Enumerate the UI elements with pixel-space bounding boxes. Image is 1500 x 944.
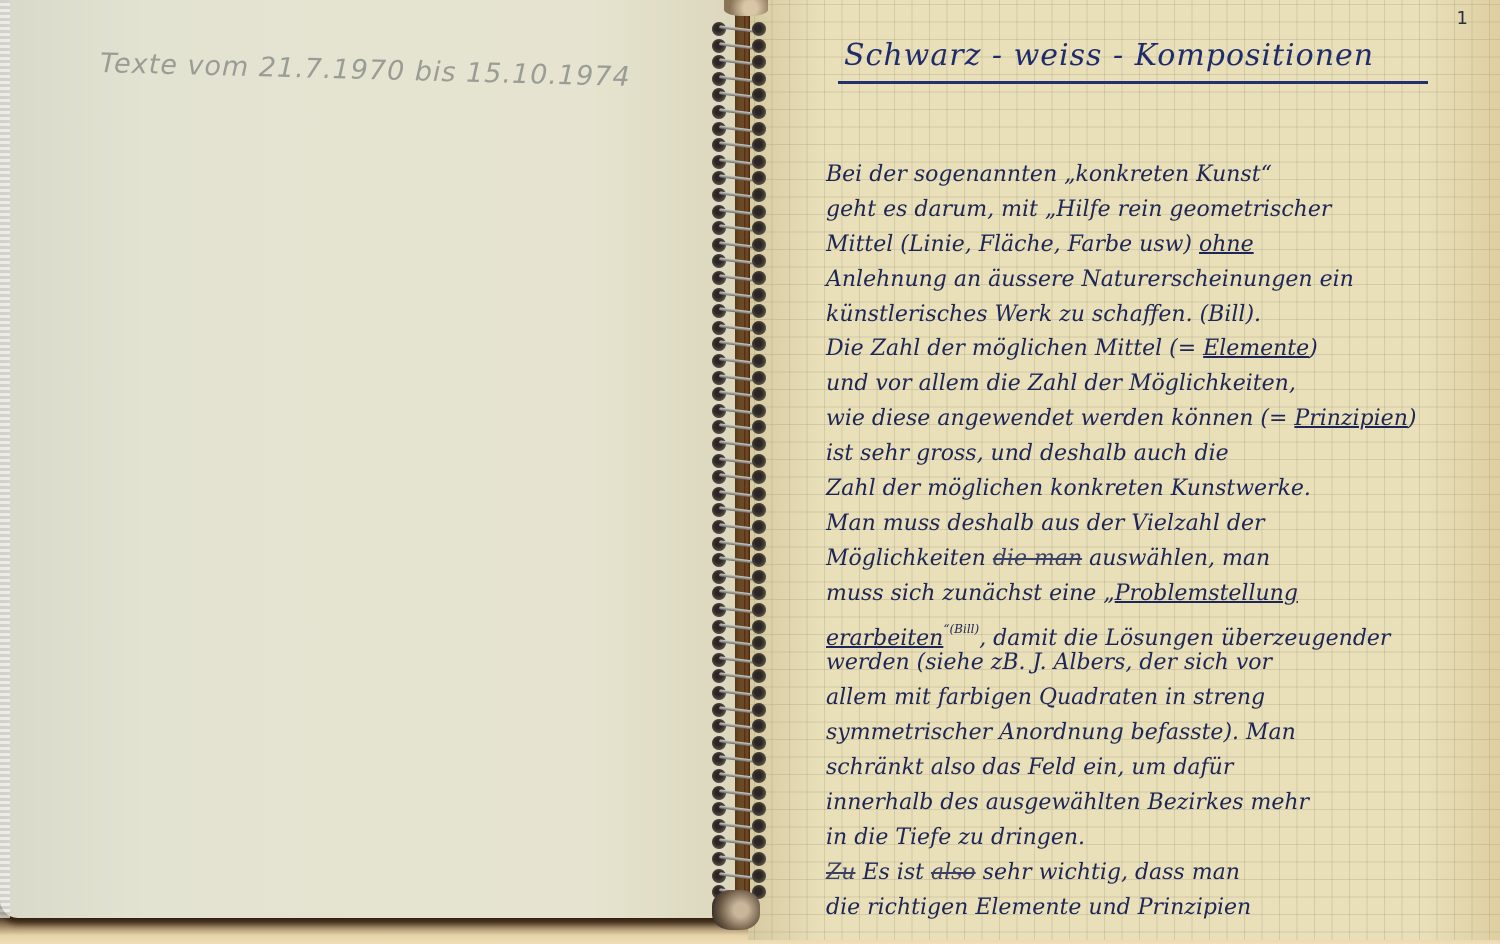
punch-hole (752, 852, 766, 866)
punch-hole (752, 470, 766, 484)
left-page-caption: Texte vom 21.7.1970 bis 15.10.1974 (100, 48, 631, 93)
struck-out-word: also (931, 860, 976, 885)
punch-hole (712, 470, 726, 484)
punch-hole (752, 802, 766, 816)
right-page: 1 Schwarz - weiss - Kompositionen Bei de… (748, 0, 1500, 940)
spiral-coil (712, 321, 768, 335)
text-line: wie diese angewendet werden können (= Pr… (826, 402, 1498, 437)
spiral-coil (712, 88, 768, 102)
text-line: Zu Es ist also sehr wichtig, dass man (826, 856, 1498, 891)
spiral-coil (712, 221, 768, 235)
text-fragment: in die Tiefe zu dringen. (826, 825, 1085, 850)
punch-hole (712, 752, 726, 766)
punch-hole (752, 454, 766, 468)
spiral-coil (712, 72, 768, 86)
spiral-coil (712, 122, 768, 136)
spiral-coil (712, 22, 768, 36)
left-page-edge (0, 0, 10, 918)
text-fragment: symmetrischer Anordnung befasste). Man (826, 720, 1296, 745)
page-number: 1 (1457, 8, 1468, 29)
text-fragment: Die Zahl der möglichen Mittel (= (826, 336, 1203, 361)
text-fragment: werden (siehe zB. J. Albers, der sich vo… (826, 650, 1272, 675)
spiral-coil (712, 288, 768, 302)
spiral-coil (712, 736, 768, 750)
punch-hole (752, 769, 766, 783)
spiral-coil (712, 869, 768, 883)
text-line: die richtigen Elemente und Prinzipien (826, 891, 1498, 926)
spiral-coil (712, 570, 768, 584)
punch-hole (752, 205, 766, 219)
punch-hole (712, 835, 726, 849)
text-line: Bei der sogenannten „konkreten Kunst“ (826, 158, 1498, 193)
spiral-coil (712, 420, 768, 434)
punch-hole (752, 719, 766, 733)
spiral-coil (712, 537, 768, 551)
punch-hole (712, 88, 726, 102)
spiral-top-end (724, 0, 768, 16)
left-page: Texte vom 21.7.1970 bis 15.10.1974 (0, 0, 735, 918)
spiral-coil (712, 454, 768, 468)
punch-hole (752, 603, 766, 617)
underlined-word: ohne (1199, 232, 1254, 257)
spiral-coil (712, 686, 768, 700)
text-fragment: Bei der sogenannten „konkreten Kunst“ (826, 162, 1272, 187)
spiral-coil (712, 205, 768, 219)
text-line: Man muss deshalb aus der Vielzahl der (826, 507, 1498, 542)
punch-hole (712, 719, 726, 733)
text-fragment: Möglichkeiten (826, 546, 993, 571)
spiral-coil (712, 337, 768, 351)
punch-hole (752, 337, 766, 351)
spiral-coil (712, 105, 768, 119)
punch-hole (752, 105, 766, 119)
punch-hole (712, 669, 726, 683)
punch-hole (712, 503, 726, 517)
punch-hole (712, 55, 726, 69)
spiral-coil (712, 304, 768, 318)
text-line: innerhalb des ausgewählten Bezirkes mehr (826, 786, 1498, 821)
punch-hole (712, 171, 726, 185)
spiral-coil (712, 752, 768, 766)
punch-hole (752, 503, 766, 517)
text-line: symmetrischer Anordnung befasste). Man (826, 716, 1498, 751)
text-fragment: allem mit farbigen Quadraten in streng (826, 685, 1265, 710)
spiral-coil (712, 487, 768, 501)
text-fragment: innerhalb des ausgewählten Bezirkes mehr (826, 790, 1309, 815)
punch-hole (752, 138, 766, 152)
punch-hole (752, 271, 766, 285)
punch-hole (752, 586, 766, 600)
text-fragment: Man muss deshalb aus der Vielzahl der (826, 511, 1265, 536)
spiral-coil (712, 155, 768, 169)
punch-hole (752, 221, 766, 235)
punch-hole (752, 835, 766, 849)
spiral-coil (712, 603, 768, 617)
spiral-coil (712, 669, 768, 683)
text-line: allem mit farbigen Quadraten in streng (826, 681, 1498, 716)
punch-hole (752, 520, 766, 534)
spiral-coil (712, 354, 768, 368)
text-line: erarbeiten“(Bill), damit die Lösungen üb… (826, 612, 1498, 647)
text-fragment: ) (1309, 336, 1318, 361)
punch-hole (752, 88, 766, 102)
spiral-coil (712, 835, 768, 849)
spiral-coil (712, 138, 768, 152)
text-line: in die Tiefe zu dringen. (826, 821, 1498, 856)
text-fragment: Anlehnung an äussere Naturerscheinungen … (826, 267, 1354, 292)
text-fragment: schränkt also das Feld ein, um dafür (826, 755, 1233, 780)
punch-hole (752, 752, 766, 766)
spiral-coil (712, 636, 768, 650)
spiral-coil (712, 254, 768, 268)
text-line: Anlehnung an äussere Naturerscheinungen … (826, 263, 1498, 298)
text-fragment: und vor allem die Zahl der Möglichkeiten… (826, 371, 1296, 396)
punch-hole (752, 155, 766, 169)
spiral-coil (712, 620, 768, 634)
punch-hole (752, 437, 766, 451)
punch-hole (752, 188, 766, 202)
punch-hole (752, 869, 766, 883)
text-line: ist sehr gross, und deshalb auch die (826, 437, 1498, 472)
punch-hole (752, 238, 766, 252)
punch-hole (752, 786, 766, 800)
punch-hole (752, 371, 766, 385)
punch-hole (712, 221, 726, 235)
text-fragment: muss sich zunächst eine „ (826, 581, 1115, 606)
spiral-binding (706, 0, 776, 944)
handwritten-body: Bei der sogenannten „konkreten Kunst“geh… (826, 158, 1498, 926)
underlined-word: Prinzipien (1294, 406, 1407, 431)
spiral-coil (712, 852, 768, 866)
punch-hole (752, 653, 766, 667)
text-line: Möglichkeiten die man auswählen, man (826, 542, 1498, 577)
spiral-coil (712, 503, 768, 517)
punch-hole (752, 171, 766, 185)
punch-hole (712, 636, 726, 650)
punch-hole (752, 669, 766, 683)
text-fragment: Zahl der möglichen konkreten Kunstwerke. (826, 476, 1311, 501)
text-line: künstlerisches Werk zu schaffen. (Bill). (826, 298, 1498, 333)
punch-hole (712, 387, 726, 401)
text-fragment: künstlerisches Werk zu schaffen. (Bill). (826, 302, 1261, 327)
text-fragment: wie diese angewendet werden können (= (826, 406, 1294, 431)
punch-hole (712, 802, 726, 816)
text-line: geht es darum, mit „Hilfe rein geometris… (826, 193, 1498, 228)
spiral-bottom-end (712, 890, 760, 930)
spiral-coil (712, 653, 768, 667)
punch-hole (752, 304, 766, 318)
punch-hole (752, 537, 766, 551)
punch-hole (752, 420, 766, 434)
punch-hole (752, 404, 766, 418)
spiral-coil (712, 371, 768, 385)
text-line: schränkt also das Feld ein, um dafür (826, 751, 1498, 786)
underlined-word: Elemente (1203, 336, 1309, 361)
text-fragment: Es ist (855, 860, 931, 885)
punch-hole (752, 321, 766, 335)
spiral-coil (712, 703, 768, 717)
text-fragment: geht es darum, mit „Hilfe rein geometris… (826, 197, 1331, 222)
punch-hole (752, 72, 766, 86)
spiral-coil (712, 238, 768, 252)
spiral-coil (712, 719, 768, 733)
punch-hole (752, 122, 766, 136)
text-line: muss sich zunächst eine „Problemstellung (826, 577, 1498, 612)
spiral-coil (712, 520, 768, 534)
text-fragment: sehr wichtig, dass man (976, 860, 1240, 885)
punch-hole (712, 304, 726, 318)
punch-hole (712, 337, 726, 351)
page-title: Schwarz - weiss - Kompositionen (838, 38, 1428, 84)
spiral-coil (712, 171, 768, 185)
spiral-coil (712, 586, 768, 600)
punch-hole (712, 553, 726, 567)
punch-hole (752, 686, 766, 700)
spiral-coil (712, 39, 768, 53)
punch-hole (752, 819, 766, 833)
text-fragment: ) (1408, 406, 1417, 431)
struck-out-word: Zu (826, 860, 855, 885)
punch-hole (752, 254, 766, 268)
punch-hole (752, 553, 766, 567)
text-fragment: Mittel (Linie, Fläche, Farbe usw) (826, 232, 1199, 257)
spiral-coil (712, 271, 768, 285)
text-line: Die Zahl der möglichen Mittel (= Element… (826, 332, 1498, 367)
margin-note: “(Bill) (943, 622, 979, 636)
spiral-coil (712, 802, 768, 816)
underlined-word: Problemstellung (1115, 581, 1298, 606)
spiral-coil (712, 188, 768, 202)
punch-hole (752, 636, 766, 650)
punch-hole (752, 703, 766, 717)
punch-hole (752, 288, 766, 302)
spiral-coil (712, 470, 768, 484)
punch-hole (712, 586, 726, 600)
spiral-coil (712, 55, 768, 69)
punch-hole (752, 55, 766, 69)
text-line: werden (siehe zB. J. Albers, der sich vo… (826, 646, 1498, 681)
spiral-coil (712, 553, 768, 567)
struck-out-word: die man (993, 546, 1082, 571)
spiral-coil (712, 387, 768, 401)
punch-hole (752, 39, 766, 53)
punch-hole (712, 420, 726, 434)
text-fragment: ist sehr gross, und deshalb auch die (826, 441, 1229, 466)
text-fragment: die richtigen Elemente und Prinzipien (826, 895, 1251, 920)
punch-hole (752, 354, 766, 368)
punch-hole (752, 22, 766, 36)
spiral-coil (712, 819, 768, 833)
text-line: und vor allem die Zahl der Möglichkeiten… (826, 367, 1498, 402)
punch-hole (752, 736, 766, 750)
punch-hole (712, 254, 726, 268)
spiral-coil (712, 404, 768, 418)
punch-hole (752, 487, 766, 501)
punch-hole (752, 620, 766, 634)
spiral-coil (712, 437, 768, 451)
spiral-coil (712, 769, 768, 783)
punch-hole (752, 570, 766, 584)
punch-hole (712, 138, 726, 152)
punch-hole (752, 387, 766, 401)
text-fragment: auswählen, man (1082, 546, 1270, 571)
spiral-coil (712, 786, 768, 800)
text-line: Zahl der möglichen konkreten Kunstwerke. (826, 472, 1498, 507)
text-line: Mittel (Linie, Fläche, Farbe usw) ohne (826, 228, 1498, 263)
